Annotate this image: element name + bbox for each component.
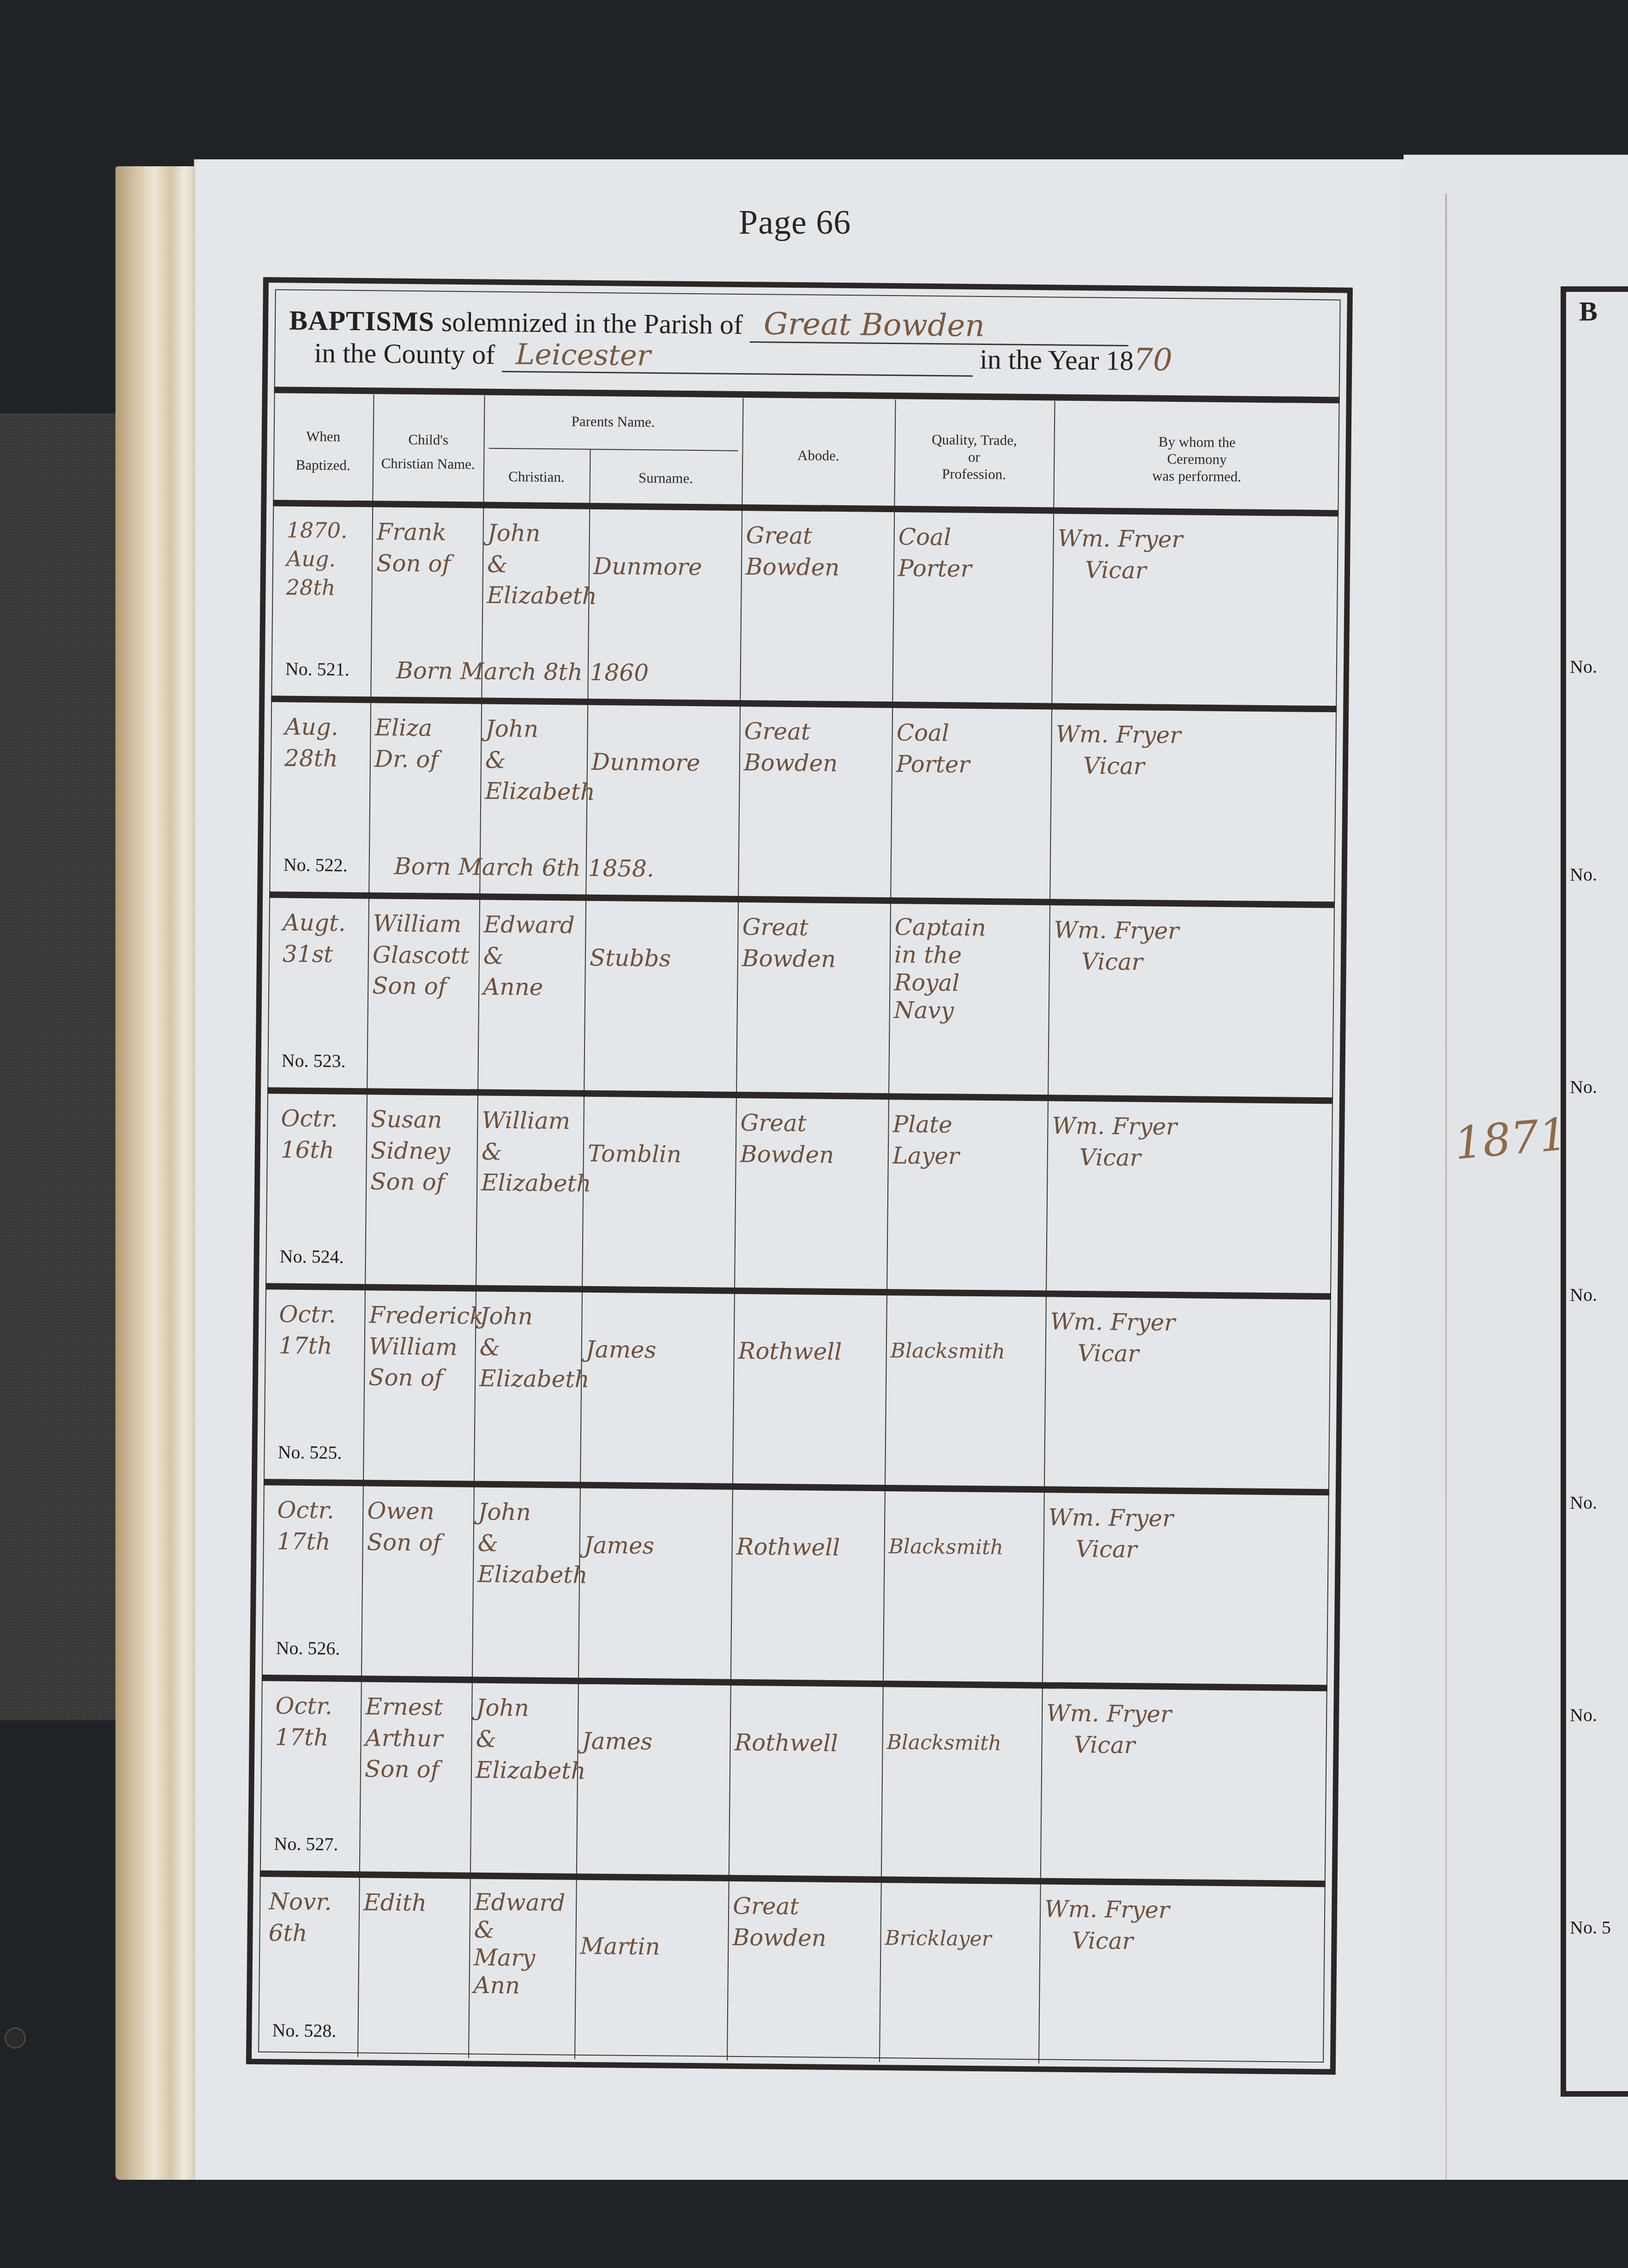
- cell-text: Great: [746, 520, 889, 552]
- cell-child: Ernest Arthur Son of: [359, 1682, 472, 1872]
- cell-text: Vicar: [1046, 1729, 1323, 1763]
- cell-abode: Great Bowden: [738, 707, 892, 897]
- entry-number: No. 522.: [283, 853, 348, 876]
- cell-text: James: [584, 1530, 727, 1562]
- cell-abode: Great Bowden: [740, 511, 894, 702]
- cell-text: Coal: [896, 717, 1047, 750]
- cell-text: Wm. Fryer: [1046, 1698, 1324, 1731]
- column-header-christian: Christian.: [483, 451, 590, 503]
- cell-text: Stubbs: [590, 943, 733, 975]
- county-field: Leicester: [502, 337, 973, 377]
- cell-abode: Great Bowden: [734, 1098, 888, 1289]
- register-entry-522: Aug. 28th Eliza Dr. of John & Elizabeth …: [269, 702, 1337, 901]
- cell-text: Son of: [367, 1527, 469, 1559]
- cell-text: Wm. Fryer: [1054, 915, 1331, 949]
- cell-text: Plate: [892, 1109, 1043, 1142]
- cell-text: Great: [740, 1107, 884, 1140]
- right-entry-number: No.: [1570, 1284, 1597, 1306]
- cell-quality: Blacksmith: [881, 1687, 1042, 1878]
- cell-quality: Plate Layer: [886, 1100, 1048, 1290]
- cell-text: Frederick: [369, 1300, 471, 1332]
- cell-text: 1870.: [286, 516, 368, 545]
- entry-number: No. 528.: [272, 2019, 336, 2041]
- cell-text: Great: [744, 716, 887, 748]
- cell-text: Great: [733, 1891, 876, 1923]
- cell-parents-christian: Edward & Mary Ann: [468, 1879, 576, 2060]
- cell-text: Ann: [473, 1972, 571, 2000]
- heading-baptisms: BAPTISMS: [289, 305, 434, 337]
- heading-county-label: in the County of: [314, 338, 495, 370]
- right-heading-letter: B: [1579, 296, 1598, 327]
- cell-quality: Coal Porter: [890, 708, 1051, 899]
- cell-parents-christian: John & Elizabeth: [472, 1487, 580, 1677]
- cell-by-whom: Wm. Fryer Vicar: [1044, 1297, 1332, 1489]
- cell-text: Royal: [894, 968, 1044, 998]
- header-text: Profession.: [942, 465, 1006, 483]
- cell-text: Aug.: [286, 544, 368, 574]
- right-entry-number: No.: [1570, 1704, 1597, 1726]
- entry-number: No. 525.: [277, 1441, 342, 1463]
- cell-text: Blacksmith: [886, 1729, 1037, 1758]
- cell-text: in the: [894, 941, 1045, 970]
- cell-text: Vicar: [1054, 946, 1331, 980]
- cell-text: Martin: [580, 1931, 724, 1963]
- cell-text: John: [487, 518, 585, 550]
- cell-text: Porter: [896, 749, 1047, 781]
- born-note: Born March 6th 1858.: [394, 853, 654, 882]
- cell-surname: James: [576, 1684, 730, 1875]
- cell-abode: Rothwell: [730, 1490, 885, 1681]
- cell-quality: Captain in the Royal Navy: [888, 904, 1049, 1095]
- cell-abode: Rothwell: [729, 1686, 883, 1876]
- cell-text: Vicar: [1051, 1142, 1329, 1175]
- cell-text: Sidney: [371, 1135, 473, 1167]
- cell-child: Frederick William Son of: [363, 1290, 476, 1481]
- cell-child: Owen Son of: [361, 1486, 474, 1676]
- cell-child: William Glascott Son of: [367, 899, 479, 1089]
- cell-text: Elizabeth: [487, 580, 584, 612]
- screw-icon: [5, 2027, 26, 2049]
- header-text: When: [306, 428, 340, 445]
- right-entry-number: No.: [1570, 656, 1597, 677]
- register-entry-521: 1870. Aug. 28th Frank Son of John & Eliz…: [271, 506, 1339, 706]
- right-entry-number: No.: [1570, 1076, 1597, 1098]
- cell-text: Bowden: [740, 1139, 883, 1171]
- cell-text: Elizabeth: [481, 1167, 579, 1200]
- right-entry-number: No.: [1570, 1492, 1597, 1513]
- heading-year-label: in the Year 18: [980, 344, 1134, 376]
- cell-text: Frank: [376, 516, 478, 549]
- header-text: Ceremony: [1167, 450, 1227, 468]
- cell-text: James: [582, 1726, 725, 1758]
- column-header-surname: Surname.: [589, 452, 742, 504]
- right-entry-number: No. 5: [1570, 1917, 1611, 1938]
- cell-text: James: [585, 1334, 729, 1367]
- cell-text: William: [373, 908, 475, 940]
- cell-text: Elizabeth: [485, 776, 582, 808]
- cell-text: Wm. Fryer: [1052, 1110, 1329, 1144]
- cell-surname: Tomblin: [582, 1097, 736, 1288]
- cell-text: Octr.: [275, 1690, 356, 1722]
- cell-text: Dunmore: [593, 551, 737, 583]
- county-value: Leicester: [502, 337, 651, 372]
- cell-abode: Rothwell: [732, 1294, 886, 1485]
- cell-abode: Great Bowden: [727, 1881, 881, 2063]
- cell-text: John: [480, 1301, 577, 1333]
- cell-text: Edith: [363, 1887, 465, 1919]
- cell-by-whom: Wm. Fryer Vicar: [1049, 709, 1338, 901]
- cell-by-whom: Wm. Fryer Vicar: [1051, 514, 1339, 706]
- entry-number: No. 527.: [274, 1833, 338, 1855]
- cell-abode: Great Bowden: [736, 902, 890, 1093]
- cell-text: John: [476, 1693, 573, 1725]
- column-header-abode: Abode.: [742, 405, 895, 506]
- cell-text: Layer: [892, 1140, 1043, 1173]
- register-entry-525: Octr. 17th Frederick William Son of John…: [264, 1289, 1331, 1489]
- cell-text: Vicar: [1049, 1337, 1327, 1371]
- register-entry-526: Octr. 17th Owen Son of John & Elizabeth …: [262, 1485, 1329, 1685]
- cell-text: John: [485, 714, 583, 746]
- cell-text: 28th: [284, 743, 366, 774]
- cell-text: Vicar: [1044, 1925, 1321, 1959]
- cell-surname: Stubbs: [584, 901, 738, 1092]
- cell-text: Arthur: [365, 1723, 467, 1755]
- entry-number: No. 526.: [276, 1637, 340, 1659]
- cell-text: Bowden: [746, 551, 889, 584]
- cell-text: 31st: [283, 938, 364, 970]
- cell-text: Navy: [894, 996, 1044, 1025]
- cell-text: Octr.: [281, 1103, 362, 1135]
- cell-text: Eliza: [374, 712, 476, 744]
- cell-text: Blacksmith: [888, 1533, 1039, 1562]
- cell-text: Porter: [898, 553, 1049, 586]
- cell-child: Edith: [357, 1878, 470, 2059]
- entry-number: No. 523.: [281, 1049, 345, 1071]
- register-entry-528: Novr. 6th Edith Edward & Mary Ann Martin…: [258, 1877, 1326, 2067]
- cell-text: Octr.: [279, 1299, 360, 1331]
- cell-text: Wm. Fryer: [1057, 523, 1335, 557]
- page-title: Page 66: [739, 203, 851, 242]
- header-text: or: [968, 448, 980, 466]
- baptism-register-table: BAPTISMS solemnized in the Parish of Gre…: [246, 277, 1353, 2074]
- born-note: Born March 8th 1860: [396, 657, 649, 686]
- cell-by-whom: Wm. Fryer Vicar: [1038, 1884, 1327, 2067]
- cell-text: William: [482, 1105, 579, 1137]
- cell-text: Glascott: [373, 939, 475, 972]
- cell-parents-christian: John & Elizabeth: [474, 1292, 582, 1482]
- cell-text: Vicar: [1057, 554, 1335, 588]
- cell-by-whom: Wm. Fryer Vicar: [1040, 1688, 1328, 1881]
- right-page-register: [1561, 286, 1628, 2097]
- cell-text: Bowden: [732, 1922, 876, 1954]
- entry-number: No. 521.: [285, 658, 350, 680]
- header-text: Baptized.: [295, 456, 350, 474]
- cell-text: Susan: [371, 1104, 473, 1136]
- cell-text: Son of: [365, 1754, 467, 1786]
- cell-text: Elizabeth: [476, 1755, 573, 1787]
- cell-text: &: [479, 1332, 577, 1364]
- cell-text: 16th: [281, 1134, 362, 1166]
- register-entry-523: Augt. 31st William Glascott Son of Edwar…: [267, 898, 1335, 1097]
- register-entry-524: Octr. 16th Susan Sidney Son of William &…: [265, 1094, 1333, 1293]
- cell-text: Son of: [376, 548, 478, 580]
- cell-text: Owen: [367, 1495, 469, 1528]
- parish-value: Great Bowden: [750, 306, 985, 344]
- cell-by-whom: Wm. Fryer Vicar: [1046, 1101, 1334, 1293]
- cell-text: Augt.: [283, 907, 364, 939]
- cell-text: &: [482, 1136, 579, 1168]
- header-text: Christian.: [508, 468, 565, 486]
- cell-surname: James: [580, 1293, 734, 1483]
- header-text: Abode.: [797, 447, 839, 464]
- column-header-when: When Baptized.: [273, 400, 373, 501]
- cell-text: Dunmore: [591, 747, 735, 779]
- cell-text: Wm. Fryer: [1055, 719, 1333, 753]
- right-entry-number: No.: [1570, 864, 1597, 885]
- year-value: 70: [1134, 342, 1173, 378]
- cell-text: Rothwell: [738, 1336, 881, 1368]
- header-text: By whom the: [1158, 433, 1236, 451]
- register-entry-527: Octr. 17th Ernest Arthur Son of John & E…: [260, 1681, 1327, 1881]
- cell-text: Elizabeth: [477, 1559, 575, 1591]
- cell-text: Vicar: [1055, 750, 1333, 784]
- cell-text: Rothwell: [734, 1727, 878, 1760]
- cell-text: Novr.: [269, 1886, 355, 1918]
- cell-text: Vicar: [1048, 1533, 1325, 1567]
- book-gutter: [1445, 194, 1447, 2180]
- cell-parents-christian: John & Elizabeth: [470, 1683, 578, 1873]
- cell-text: Son of: [368, 1362, 470, 1394]
- entry-number: No. 524.: [279, 1245, 344, 1267]
- cell-quality: Blacksmith: [883, 1491, 1044, 1682]
- cell-text: &: [476, 1724, 573, 1756]
- cell-text: 17th: [278, 1330, 360, 1362]
- cell-text: Bowden: [744, 747, 887, 780]
- header-text: Surname.: [639, 469, 693, 487]
- cell-child: Susan Sidney Son of: [365, 1095, 477, 1285]
- cell-text: John: [478, 1497, 575, 1529]
- column-header-by-whom: By whom the Ceremony was performed.: [1053, 408, 1340, 510]
- cell-text: &: [477, 1528, 575, 1560]
- cell-text: Son of: [370, 1166, 472, 1198]
- cell-text: 28th: [286, 573, 367, 603]
- cell-parents-christian: Edward & Anne: [477, 900, 585, 1090]
- column-header-quality: Quality, Trade, or Profession.: [894, 406, 1054, 507]
- header-text: Child's: [408, 431, 448, 448]
- cell-text: Ernest: [365, 1691, 467, 1724]
- cell-text: Mary: [474, 1944, 571, 1972]
- cell-text: Elizabeth: [479, 1363, 577, 1396]
- cell-quality: Blacksmith: [885, 1295, 1046, 1486]
- header-text: Christian Name.: [381, 454, 475, 472]
- cell-text: &: [483, 940, 581, 973]
- cell-text: &: [487, 549, 585, 581]
- cell-text: Great: [742, 912, 886, 944]
- cell-parents-christian: William & Elizabeth: [476, 1096, 584, 1286]
- cell-text: Son of: [372, 970, 474, 1003]
- cell-text: Anne: [483, 972, 580, 1004]
- cell-text: Edward: [483, 909, 581, 942]
- cell-text: Coal: [898, 521, 1049, 554]
- cell-text: 6th: [268, 1917, 354, 1949]
- cell-text: Tomblin: [587, 1138, 731, 1171]
- header-text: Parents Name.: [571, 412, 655, 430]
- header-text: was performed.: [1152, 467, 1241, 485]
- cell-text: Rothwell: [736, 1531, 880, 1564]
- cell-text: Wm. Fryer: [1044, 1893, 1322, 1927]
- cell-text: Blacksmith: [890, 1337, 1041, 1366]
- cell-text: Edward: [474, 1888, 572, 1917]
- cell-text: Dr. of: [374, 744, 476, 776]
- margin-year-note: 1871: [1453, 1108, 1569, 1170]
- cell-text: Wm. Fryer: [1048, 1502, 1326, 1536]
- cell-by-whom: Wm. Fryer Vicar: [1048, 905, 1336, 1097]
- cell-text: 17th: [275, 1722, 356, 1754]
- cell-text: Bowden: [742, 943, 886, 975]
- heading-parish-label: solemnized in the Parish of: [441, 307, 743, 340]
- column-header-child: Child's Christian Name.: [372, 401, 484, 502]
- cell-text: 17th: [277, 1526, 358, 1558]
- cell-surname: James: [578, 1488, 732, 1679]
- cell-text: &: [485, 744, 583, 777]
- header-text: Quality, Trade,: [932, 431, 1017, 449]
- cell-quality: Coal Porter: [892, 512, 1053, 703]
- cell-text: &: [474, 1916, 571, 1945]
- cell-surname: Martin: [574, 1880, 729, 2062]
- cell-text: Bricklayer: [885, 1924, 1035, 1954]
- cell-text: Captain: [894, 913, 1045, 942]
- cell-text: Wm. Fryer: [1050, 1306, 1327, 1340]
- cell-quality: Bricklayer: [879, 1883, 1040, 2064]
- cell-by-whom: Wm. Fryer Vicar: [1042, 1493, 1330, 1685]
- cell-text: Aug.: [284, 711, 366, 743]
- cell-text: William: [368, 1331, 470, 1363]
- cell-text: Octr.: [277, 1494, 358, 1526]
